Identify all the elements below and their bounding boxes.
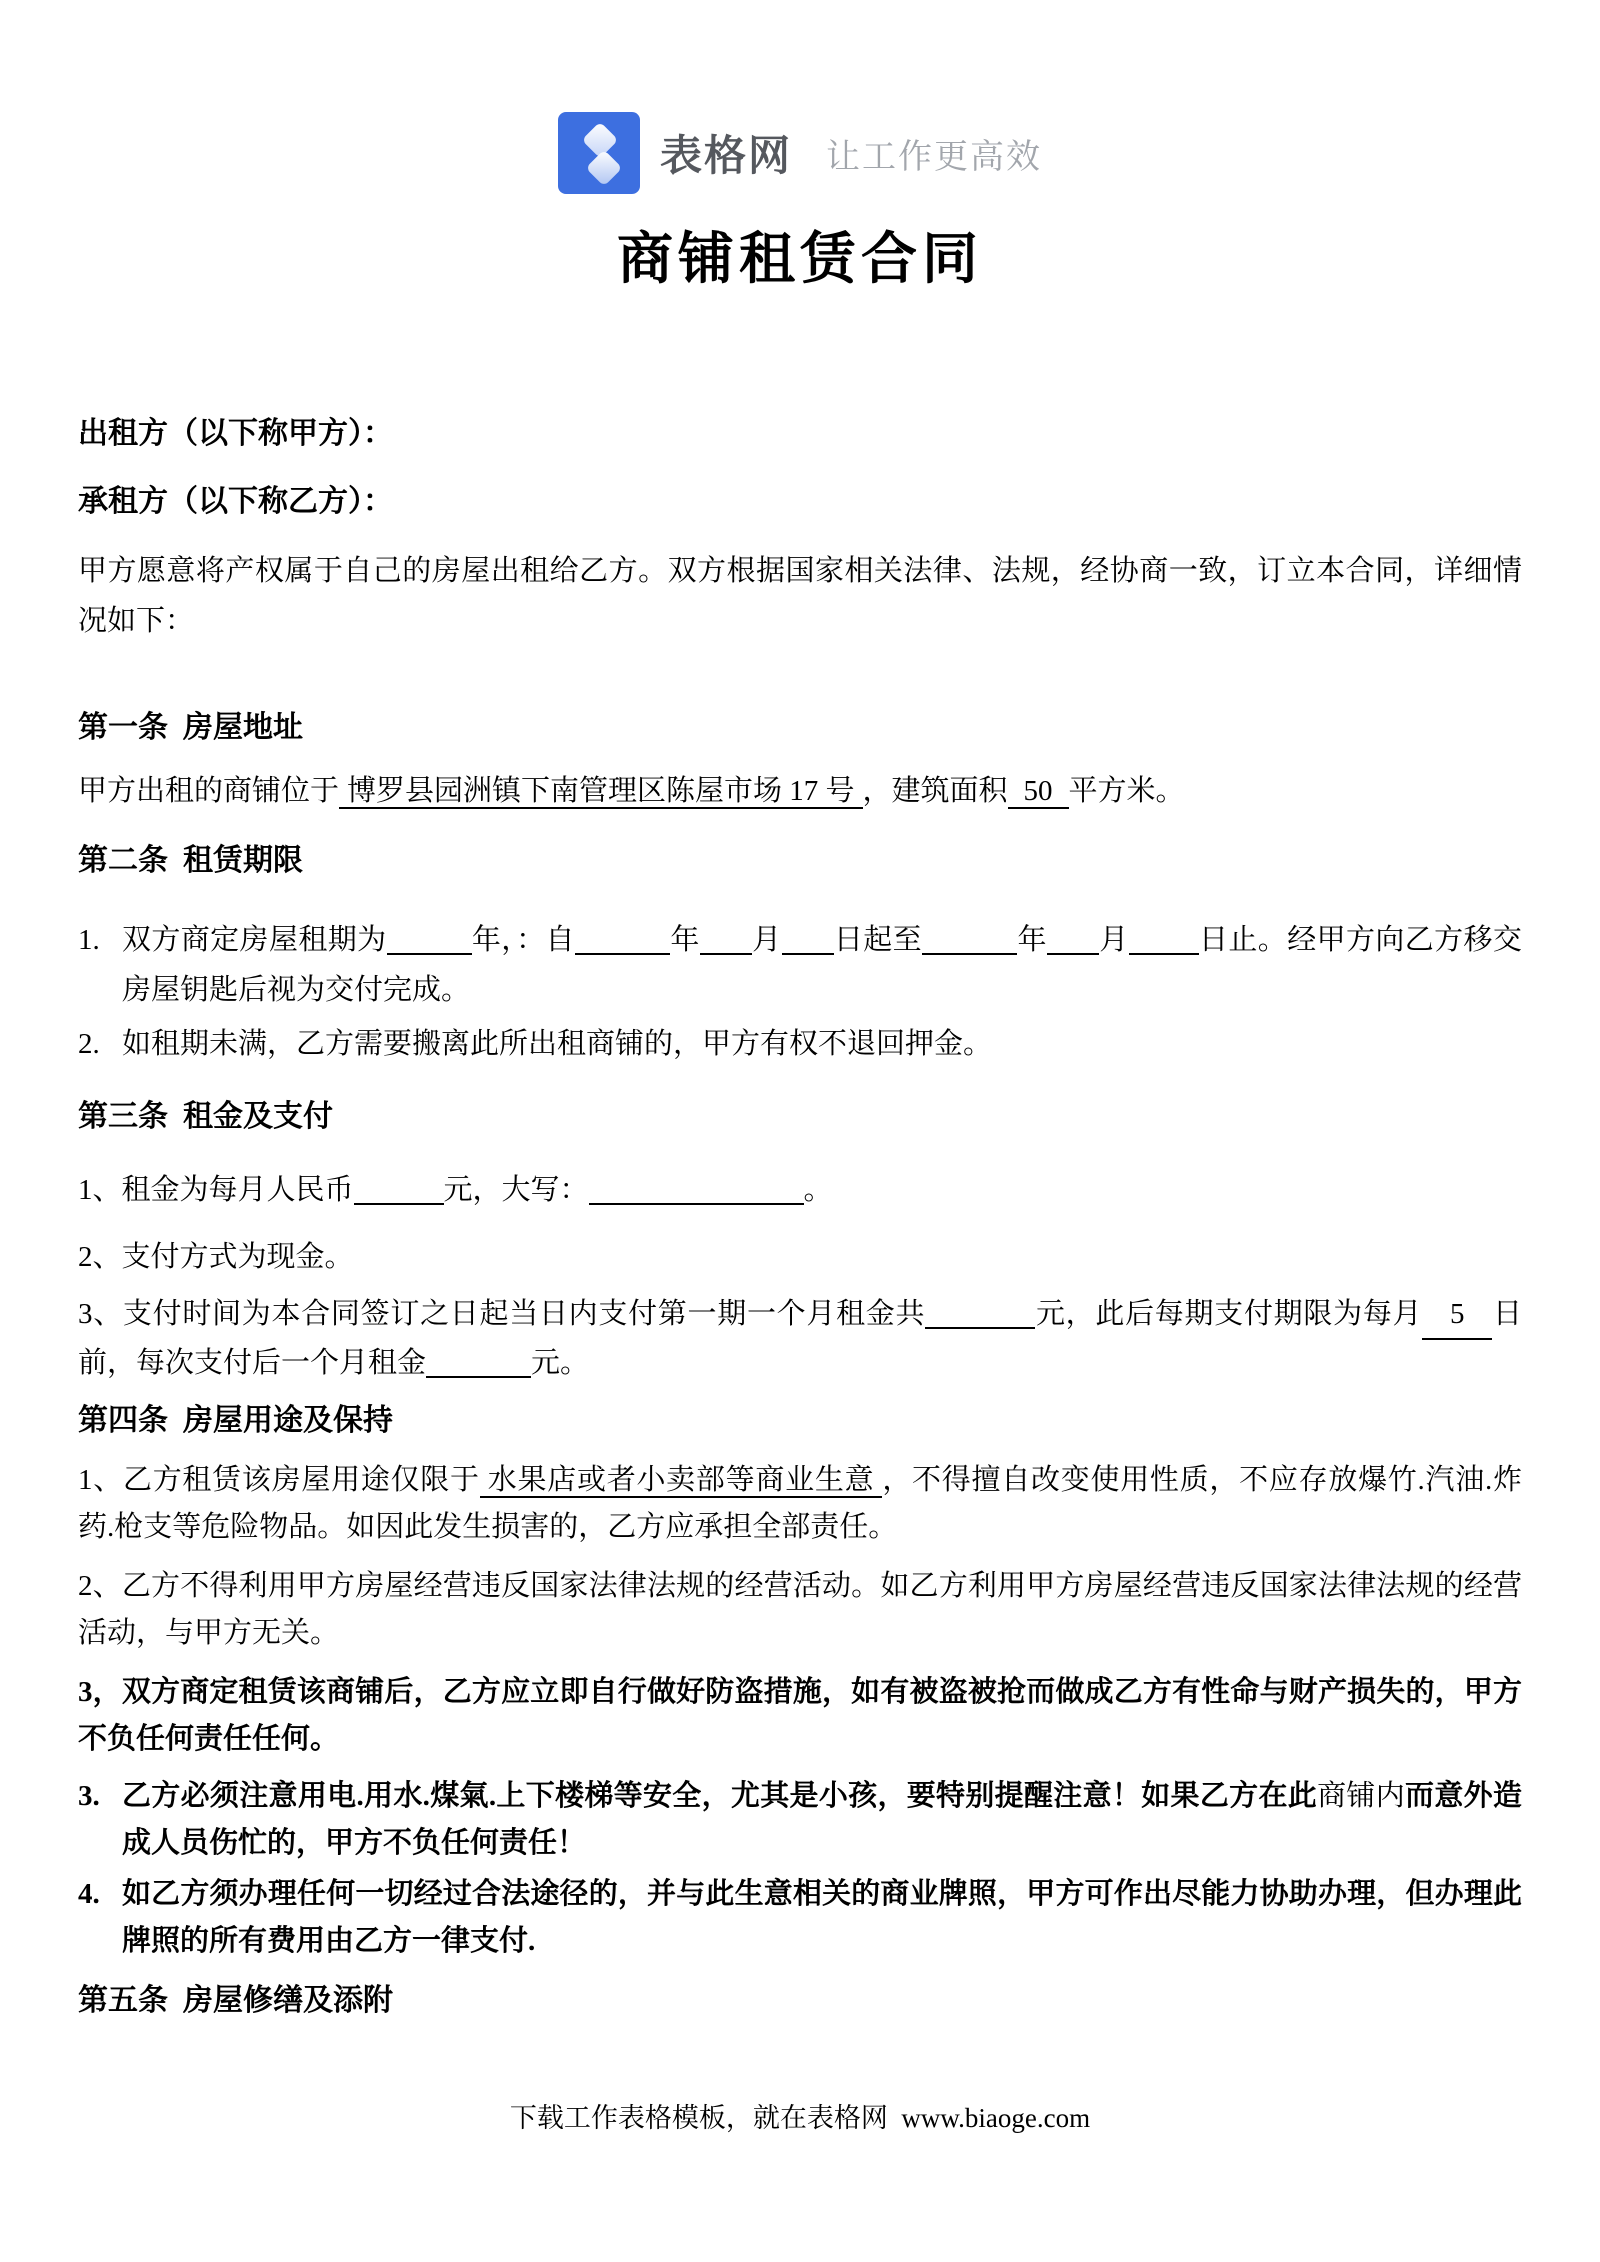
article2-heading: 第二条 租赁期限 <box>78 841 1522 881</box>
blank-field <box>700 923 752 955</box>
text-segment: 商铺内 <box>1317 1780 1405 1812</box>
text-segment: 月 <box>1099 924 1129 956</box>
usage-filled-blank: 水果店或者小卖部等商业生意 <box>480 1464 883 1498</box>
text-segment: 日起至 <box>834 924 923 956</box>
article1-mid: ，建筑面积 <box>863 775 1008 807</box>
article4-p1: 1、乙方租赁该房屋用途仅限于水果店或者小卖部等商业生意，不得擅自改变使用性质，不… <box>78 1457 1522 1551</box>
article2-item1: 1. 双方商定房屋租期为年，：自年月日起至年月日止。经甲方向乙方移交房屋钥匙后视… <box>78 915 1522 1015</box>
text-segment: 乙方必须注意用电.用水.煤氣.上下楼梯等安全，尤其是小孩，要特别提醒注意！如果乙… <box>122 1780 1317 1812</box>
area-filled-blank: 50 <box>1008 775 1069 809</box>
text-segment: 元，此后每期支付期限为每月 <box>1035 1298 1422 1330</box>
lessee-line: 承租方（以下称乙方）： <box>78 482 1522 522</box>
text-segment: 1、租金为每月人民币 <box>78 1174 354 1206</box>
article3-heading: 第三条 租金及支付 <box>78 1097 1522 1137</box>
blank-field <box>925 1297 1035 1329</box>
article4-heading: 第四条 房屋用途及保持 <box>78 1401 1522 1441</box>
blank-field <box>1129 923 1199 955</box>
blank-field <box>426 1346 531 1378</box>
document-title: 商铺租赁合同 <box>0 224 1600 296</box>
article1-tail: 平方米。 <box>1069 775 1185 807</box>
item-text: 如乙方须办理任何一切经过合法途径的，并与此生意相关的商业牌照，甲方可作出尽能力协… <box>122 1871 1522 1965</box>
blank-field <box>1047 923 1099 955</box>
article3-p2: 2、支付方式为现金。 <box>78 1234 1522 1281</box>
blank-field <box>589 1173 804 1205</box>
contract-page: 表格网 让工作更高效 商铺租赁合同 出租方（以下称甲方）： 承租方（以下称乙方）… <box>0 0 1600 2262</box>
article4-item4: 3. 乙方必须注意用电.用水.煤氣.上下楼梯等安全，尤其是小孩，要特别提醒注意！… <box>78 1773 1522 1867</box>
article2-list: 1. 双方商定房屋租期为年，：自年月日起至年月日止。经甲方向乙方移交房屋钥匙后视… <box>78 915 1522 1069</box>
item-number: 3. <box>78 1773 122 1867</box>
page-footer: 下载工作表格模板，就在表格网 www.biaoge.com <box>0 2100 1600 2136</box>
article1-heading: 第一条 房屋地址 <box>78 708 1522 748</box>
item-text: 乙方必须注意用电.用水.煤氣.上下楼梯等安全，尤其是小孩，要特别提醒注意！如果乙… <box>122 1773 1522 1867</box>
biaoge-logo-icon <box>558 112 640 194</box>
article1-text: 甲方出租的商铺位于博罗县园洲镇下南管理区陈屋市场 17 号，建筑面积50平方米。 <box>78 768 1522 815</box>
item-number: 4. <box>78 1871 122 1965</box>
text-segment: 元。 <box>531 1347 589 1379</box>
blank-field <box>782 923 834 955</box>
brand-name: 表格网 <box>660 123 792 183</box>
text-segment: 月 <box>752 924 782 956</box>
article3-p1: 1、租金为每月人民币元，大写：。 <box>78 1167 1522 1214</box>
preamble: 甲方愿意将产权属于自己的房屋出租给乙方。双方根据国家相关法律、法规，经协商一致，… <box>78 546 1522 646</box>
article4-item5: 4. 如乙方须办理任何一切经过合法途径的，并与此生意相关的商业牌照，甲方可作出尽… <box>78 1871 1522 1965</box>
item-number: 1. <box>78 915 122 1015</box>
document-body: 出租方（以下称甲方）： 承租方（以下称乙方）： 甲方愿意将产权属于自己的房屋出租… <box>0 414 1600 2021</box>
blank-field <box>922 923 1017 955</box>
blank-field <box>387 923 472 955</box>
brand-header: 表格网 让工作更高效 <box>0 0 1600 194</box>
article2-item2: 2. 如租期未满，乙方需要搬离此所出租商铺的，甲方有权不退回押金。 <box>78 1019 1522 1069</box>
text-segment: 3、支付时间为本合同签订之日起当日内支付第一期一个月租金共 <box>78 1298 925 1330</box>
text-segment: 1、乙方租赁该房屋用途仅限于 <box>78 1464 480 1496</box>
item-text: 如租期未满，乙方需要搬离此所出租商铺的，甲方有权不退回押金。 <box>122 1019 1522 1069</box>
item-number: 2. <box>78 1019 122 1069</box>
text-segment: 双方商定房屋租期为 <box>122 924 387 956</box>
address-filled-blank: 博罗县园洲镇下南管理区陈屋市场 17 号 <box>339 775 863 809</box>
item-text: 双方商定房屋租期为年，：自年月日起至年月日止。经甲方向乙方移交房屋钥匙后视为交付… <box>122 915 1522 1015</box>
article1-lead: 甲方出租的商铺位于 <box>78 775 339 807</box>
lessor-line: 出租方（以下称甲方）： <box>78 414 1522 454</box>
brand-slogan: 让工作更高效 <box>826 129 1042 178</box>
article4-p2: 2、乙方不得利用甲方房屋经营违反国家法律法规的经营活动。如乙方利用甲方房屋经营违… <box>78 1563 1522 1657</box>
article5-heading: 第五条 房屋修缮及添附 <box>78 1981 1522 2021</box>
text-segment: 元，大写： <box>444 1174 589 1206</box>
blank-field <box>354 1173 444 1205</box>
article4-p3: 3，双方商定租赁该商铺后，乙方应立即自行做好防盗措施，如有被盗被抢而做成乙方有性… <box>78 1669 1522 1763</box>
text-segment: 年 <box>1017 924 1047 956</box>
text-segment: 年，：自 <box>472 924 575 956</box>
blank-field <box>575 923 670 955</box>
article3-p3: 3、支付时间为本合同签订之日起当日内支付第一期一个月租金共元，此后每期支付期限为… <box>78 1291 1522 1387</box>
text-segment: 年 <box>670 924 700 956</box>
day-filled-blank: 5 <box>1422 1291 1492 1340</box>
text-segment: 。 <box>804 1174 833 1206</box>
